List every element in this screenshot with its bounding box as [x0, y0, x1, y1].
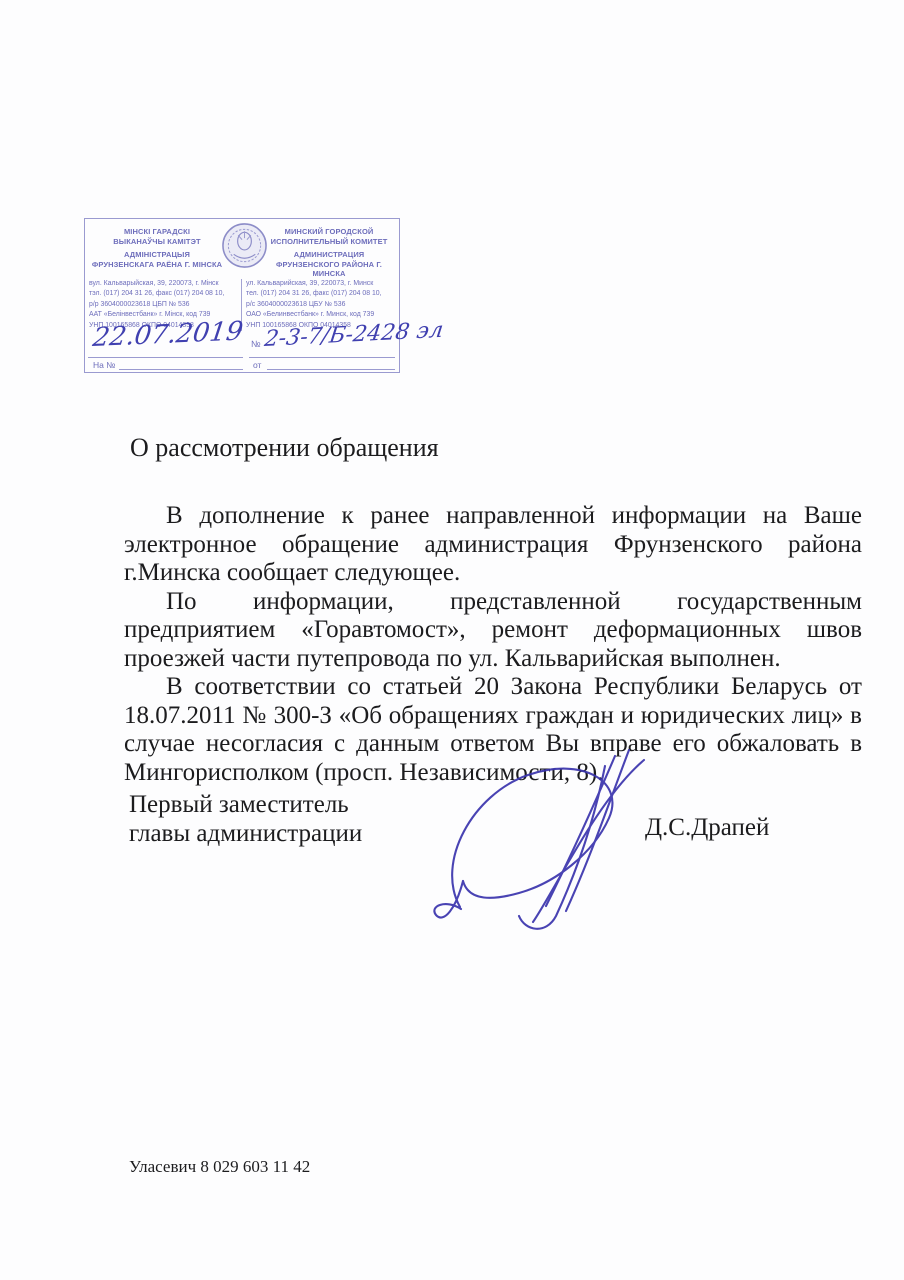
number-sign-label: №: [251, 339, 261, 349]
address-line: ул. Кальварийская, 39, 220073, г. Минск: [246, 279, 399, 289]
date-underline: [88, 357, 243, 358]
signature-autograph-icon: [415, 742, 655, 942]
scanned-letter-page: МІНСКІ ГАРАДСКІ ВЫКАНАЎЧЫ КАМІТЭТ АДМІНІ…: [0, 0, 904, 1280]
org-line: ВЫКАНАЎЧЫ КАМІТЭТ: [91, 237, 223, 247]
address-line: тэл. (017) 204 31 26, факс (017) 204 08 …: [89, 289, 241, 299]
org-line: ФРУНЗЕНСКАГА РАЁНА Г. МІНСКА: [91, 260, 223, 270]
signer-name: Д.С.Драпей: [645, 814, 769, 842]
org-name-belarusian: МІНСКІ ГАРАДСКІ ВЫКАНАЎЧЫ КАМІТЭТ АДМІНІ…: [91, 227, 223, 269]
reply-to-label: На №: [93, 360, 115, 370]
executor-contact: Уласевич 8 029 603 11 42: [129, 1157, 310, 1177]
coat-of-arms-seal-icon: [221, 222, 268, 269]
signer-position-line: главы администрации: [129, 819, 362, 848]
org-line: АДМІНІСТРАЦЫЯ: [91, 250, 223, 260]
org-line: АДМИНИСТРАЦИЯ: [269, 250, 389, 260]
number-underline: [249, 357, 395, 358]
address-line: р/р 3604000023618 ЦБП № 536: [89, 300, 241, 310]
from-date-label: от: [253, 360, 261, 370]
body-paragraph: По информации, представленной государств…: [124, 588, 862, 674]
address-line: тел. (017) 204 31 26, факс (017) 204 08 …: [246, 289, 399, 299]
org-name-russian: МИНСКИЙ ГОРОДСКОЙ ИСПОЛНИТЕЛЬНЫЙ КОМИТЕТ…: [269, 227, 389, 279]
org-line: ИСПОЛНИТЕЛЬНЫЙ КОМИТЕТ: [269, 237, 389, 247]
signer-position: Первый заместитель главы администрации: [129, 790, 362, 848]
signer-position-line: Первый заместитель: [129, 790, 362, 819]
org-line: МІНСКІ ГАРАДСКІ: [91, 227, 223, 237]
reply-to-underline: [119, 369, 243, 370]
address-line: ОАО «Белинвестбанк» г. Минск, код 739: [246, 310, 399, 320]
from-date-underline: [267, 369, 395, 370]
letter-subject: О рассмотрении обращения: [130, 433, 439, 463]
org-line: ФРУНЗЕНСКОГО РАЙОНА Г. МИНСКА: [269, 260, 389, 279]
address-line: р/с 3604000023618 ЦБУ № 536: [246, 300, 399, 310]
letterhead-stamp: МІНСКІ ГАРАДСКІ ВЫКАНАЎЧЫ КАМІТЭТ АДМІНІ…: [84, 218, 400, 373]
address-line: вул. Кальварыйская, 39, 220073, г. Мінск: [89, 279, 241, 289]
org-line: МИНСКИЙ ГОРОДСКОЙ: [269, 227, 389, 237]
handwritten-date: 22.07.2019: [91, 317, 245, 353]
body-paragraph: В дополнение к ранее направленной информ…: [124, 502, 862, 588]
